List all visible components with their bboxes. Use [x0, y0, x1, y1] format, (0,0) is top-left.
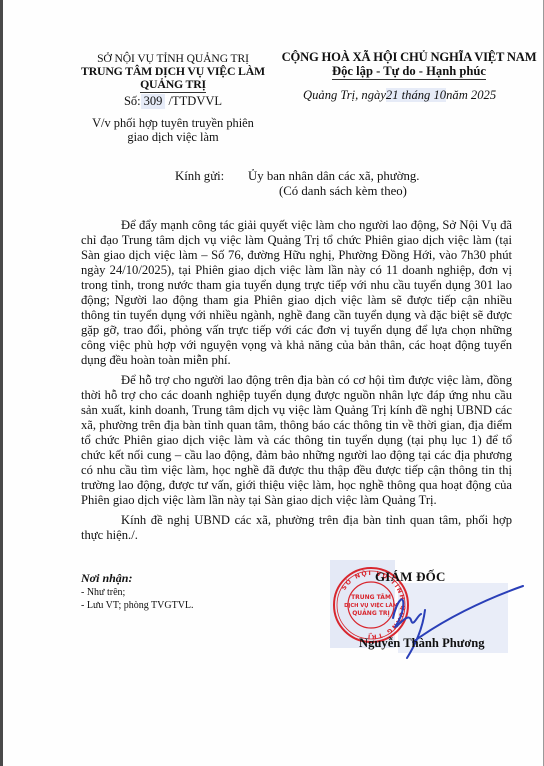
distribution-label: Nơi nhận: — [81, 571, 281, 586]
issuer-name-line2: QUẢNG TRỊ — [140, 78, 206, 93]
national-title: CỘNG HOÀ XÃ HỘI CHỦ NGHĨA VIỆT NAM — [273, 50, 544, 64]
body-paragraph: Kính đề nghị UBND các xã, phường trên đị… — [81, 513, 512, 543]
recipient-label: Kính gửi: — [175, 169, 248, 184]
body-paragraph: Để đẩy mạnh công tác giải quyết việc làm… — [81, 218, 512, 368]
subject-line2: giao dịch việc làm — [75, 130, 271, 144]
recipient-note: (Có danh sách kèm theo) — [175, 184, 419, 199]
distribution-item: - Như trên; — [81, 586, 281, 599]
subject-line1: V/v phối hợp tuyên truyền phiên — [75, 116, 271, 130]
doc-number-value: 309 — [141, 94, 166, 109]
date-day-month: 21 tháng 10 — [386, 88, 446, 102]
body-paragraph: Để hỗ trợ cho người lao động trên địa bà… — [81, 373, 512, 508]
issuer-header: SỞ NỘI VỤ TỈNH QUẢNG TRỊ TRUNG TÂM DỊCH … — [75, 52, 271, 93]
signature-block: SỞ NỘI VỤ TỈNH QUẢNG TRỊ TRUNG TÂM DỊCH … — [303, 560, 533, 660]
document-body: Để đẩy mạnh công tác giải quyết việc làm… — [81, 218, 512, 548]
doc-number-prefix: Số: — [124, 94, 141, 108]
national-header: CỘNG HOÀ XÃ HỘI CHỦ NGHĨA VIỆT NAM Độc l… — [273, 50, 544, 80]
document-number: Số:309 /TTDVVL — [75, 94, 271, 109]
signer-name: Nguyễn Thành Phương — [359, 636, 485, 651]
national-motto: Độc lập - Tự do - Hạnh phúc — [332, 64, 486, 80]
document-subject: V/v phối hợp tuyên truyền phiên giao dịc… — [75, 116, 271, 144]
date-line: Quảng Trị, ngày21 tháng 10năm 2025 — [303, 88, 543, 103]
distribution-item: - Lưu VT; phòng TVGTVL. — [81, 599, 281, 612]
recipient-block: Kính gửi:Ủy ban nhân dân các xã, phường.… — [175, 169, 419, 199]
doc-number-suffix: /TTDVVL — [165, 94, 222, 108]
document-page: SỞ NỘI VỤ TỈNH QUẢNG TRỊ TRUNG TÂM DỊCH … — [0, 0, 544, 766]
distribution-list: Nơi nhận: - Như trên; - Lưu VT; phòng TV… — [81, 571, 281, 612]
date-suffix: năm 2025 — [446, 88, 496, 102]
recipient-to: Ủy ban nhân dân các xã, phường. — [248, 169, 419, 183]
date-prefix: Quảng Trị, ngày — [303, 88, 386, 102]
